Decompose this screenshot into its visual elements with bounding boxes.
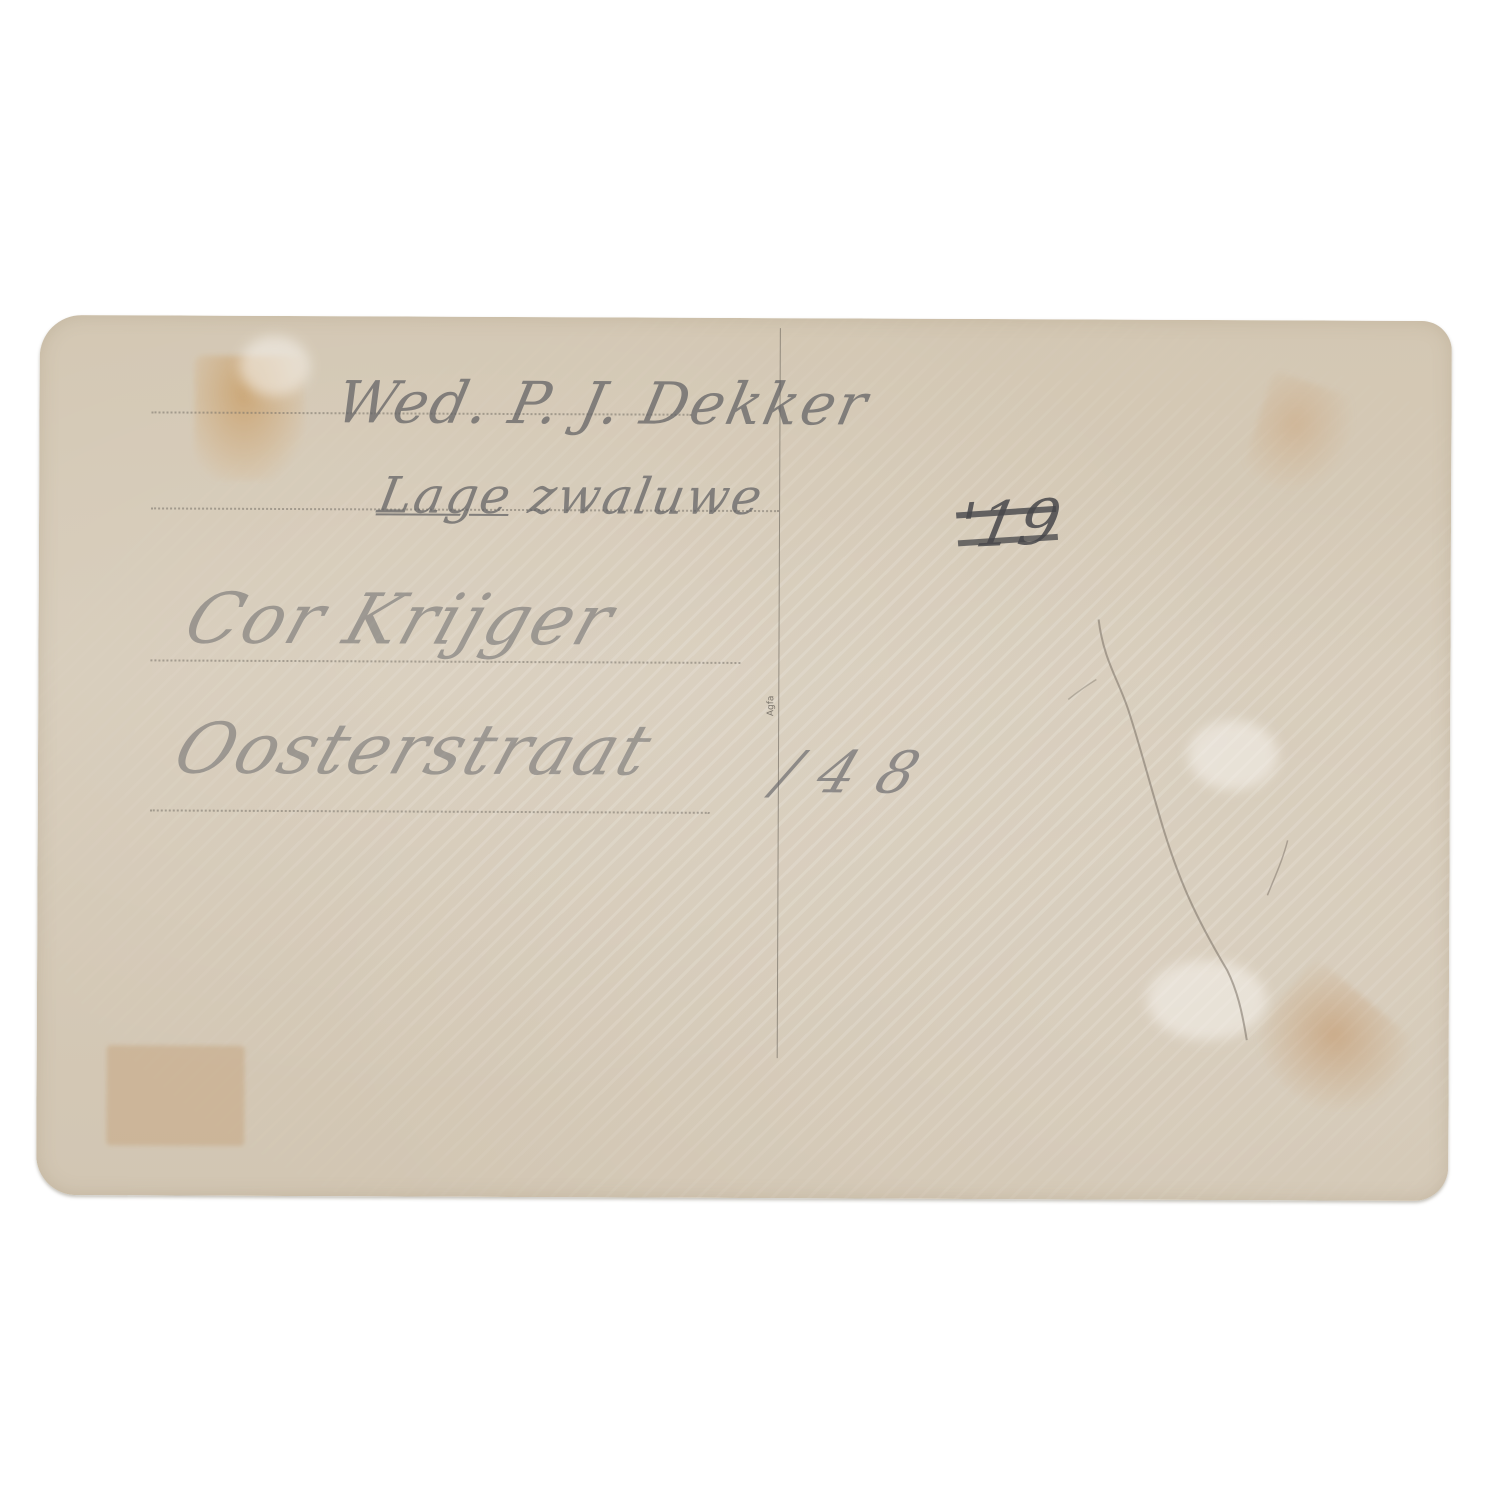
handwritten-place-prefix: Lage [374, 466, 517, 525]
postcard-back: Agfa Wed. P. J. Dekker Lage zwaluwe '19 … [36, 315, 1452, 1201]
handwritten-place-suffix: zwaluwe [507, 467, 769, 526]
abrasion-patch [1147, 960, 1267, 1041]
handwritten-addressee: Wed. P. J. Dekker [330, 368, 875, 438]
foxing-stain-bottom-left [106, 1045, 244, 1146]
handwritten-line-3: Cor Krijger [175, 578, 625, 662]
handwritten-fraction-note: / 4 8 [765, 738, 930, 807]
printed-agfa-mark: Agfa [766, 696, 776, 717]
handwritten-date: '19 [951, 485, 1069, 563]
abrasion-patch [240, 336, 310, 396]
handwritten-place: Lage zwaluwe [374, 466, 769, 526]
abrasion-patch [1188, 720, 1278, 790]
handwritten-line-4: Oosterstraat [165, 708, 664, 792]
